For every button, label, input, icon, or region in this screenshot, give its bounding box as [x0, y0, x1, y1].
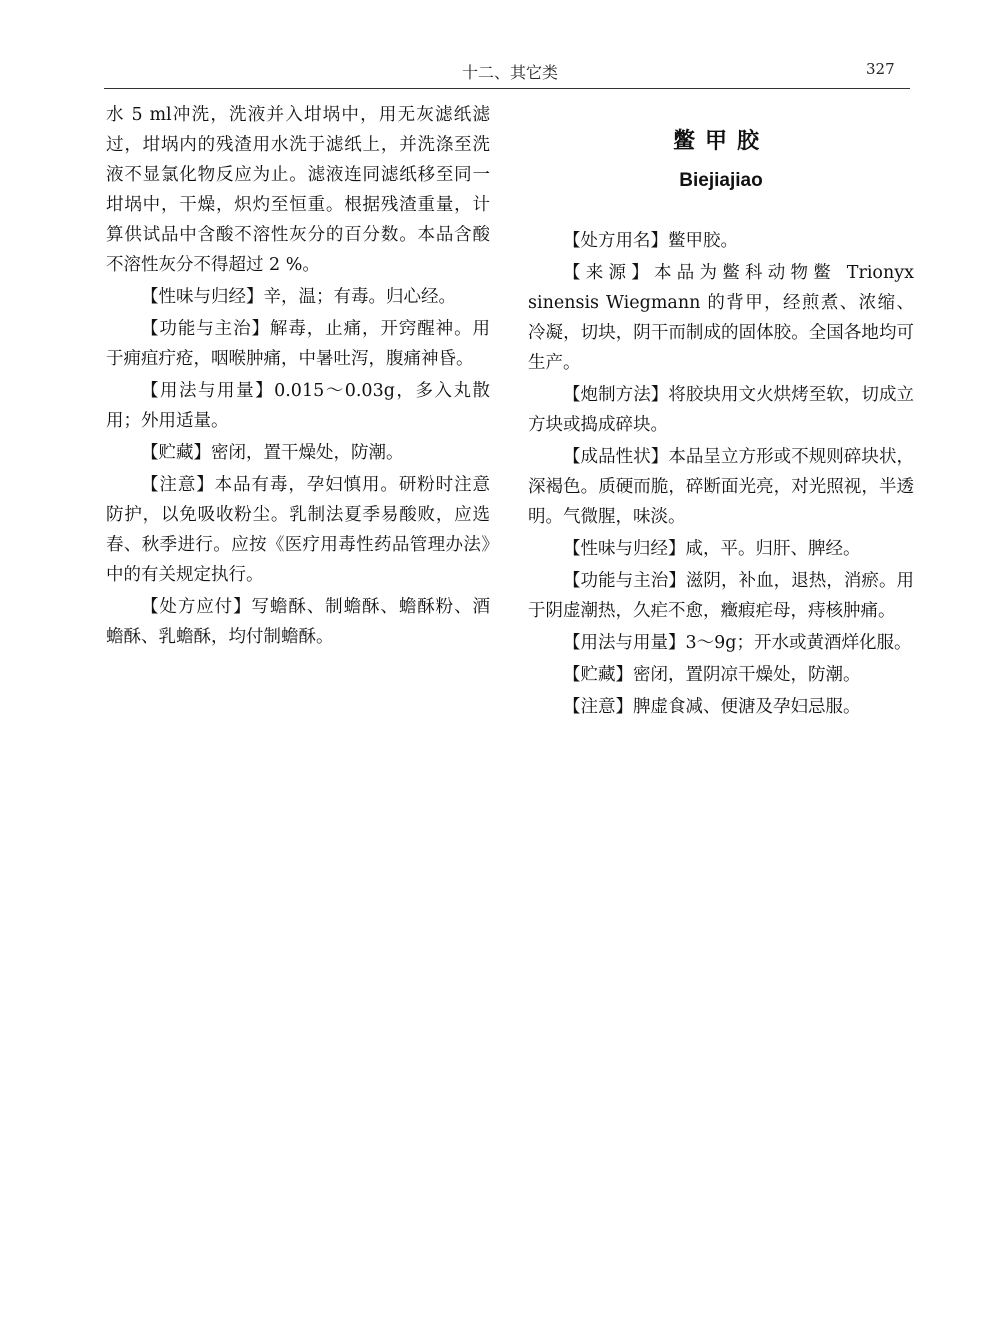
section-paragraph: 【炮制方法】将胶块用文火烘烤至软，切成立方块或捣成碎块。: [528, 380, 914, 440]
page-number: 327: [866, 60, 895, 78]
entry-title: 鳖甲胶: [528, 124, 914, 155]
section-label: 【炮制方法】: [563, 385, 668, 405]
section-label: 【注意】: [563, 697, 633, 717]
section-label: 【功能与主治】: [563, 571, 686, 591]
section-label: 【性味与归经】: [141, 287, 264, 307]
section-paragraph: 【功能与主治】滋阴，补血，退热，消瘀。用于阴虚潮热，久疟不愈，癥瘕疟母，痔核肿痛…: [528, 566, 914, 626]
section-paragraph: 【注意】脾虚食减、便溏及孕妇忌服。: [528, 692, 914, 722]
section-paragraph: 【用法与用量】0.015～0.03g，多入丸散用；外用适量。: [106, 376, 490, 436]
left-column: 水 5 ml冲洗，洗液并入坩埚中，用无灰滤纸滤过，坩埚内的残渣用水洗于滤纸上，并…: [106, 100, 490, 654]
section-label: 【用法与用量】: [563, 633, 686, 653]
section-label: 【处方应付】: [141, 597, 252, 617]
section-paragraph: 【处方应付】写蟾酥、制蟾酥、蟾酥粉、酒蟾酥、乳蟾酥，均付制蟾酥。: [106, 592, 490, 652]
section-paragraph: 【来源】本品为鳖科动物鳖 Trionyx sinensis Wiegmann 的…: [528, 258, 914, 378]
section-label: 【来源】: [563, 263, 654, 283]
section-text: 密闭，置干燥处，防潮。: [211, 443, 404, 463]
section-paragraph: 【功能与主治】解毒，止痛，开窍醒神。用于痈疽疔疮，咽喉肿痛，中暑吐泻，腹痛神昏。: [106, 314, 490, 374]
section-paragraph: 【性味与归经】咸，平。归肝、脾经。: [528, 534, 914, 564]
entry-pinyin: Biejiajiao: [528, 170, 914, 192]
section-text: 咸，平。归肝、脾经。: [686, 539, 861, 559]
section-paragraph: 【用法与用量】3～9g；开水或黄酒烊化服。: [528, 628, 914, 658]
section-label: 【功能与主治】: [141, 319, 270, 339]
section-text: 鳖甲胶。: [668, 231, 738, 251]
section-paragraph: 【成品性状】本品呈立方形或不规则碎块状，深褐色。质硬而脆，碎断面光亮，对光照视，…: [528, 442, 914, 532]
section-text: 3～9g；开水或黄酒烊化服。: [686, 633, 912, 653]
header-rule: [104, 88, 910, 89]
section-paragraph: 【注意】本品有毒，孕妇慎用。研粉时注意防护，以免吸收粉尘。乳制法夏季易酸败，应选…: [106, 470, 490, 590]
section-label: 【用法与用量】: [141, 381, 274, 401]
right-column: 【处方用名】鳖甲胶。 【来源】本品为鳖科动物鳖 Trionyx sinensis…: [528, 226, 914, 724]
continuation-paragraph: 水 5 ml冲洗，洗液并入坩埚中，用无灰滤纸滤过，坩埚内的残渣用水洗于滤纸上，并…: [106, 100, 490, 280]
section-paragraph: 【贮藏】密闭，置干燥处，防潮。: [106, 438, 490, 468]
section-label: 【贮藏】: [563, 665, 633, 685]
section-label: 【处方用名】: [563, 231, 668, 251]
section-paragraph: 【贮藏】密闭，置阴凉干燥处，防潮。: [528, 660, 914, 690]
section-label: 【成品性状】: [563, 447, 668, 467]
section-label: 【性味与归经】: [563, 539, 686, 559]
section-label: 【贮藏】: [141, 443, 211, 463]
section-title: 十二、其它类: [440, 60, 580, 83]
section-text: 脾虚食减、便溏及孕妇忌服。: [633, 697, 861, 717]
section-text: 辛，温；有毒。归心经。: [264, 287, 457, 307]
section-text: 密闭，置阴凉干燥处，防潮。: [633, 665, 861, 685]
section-label: 【注意】: [141, 475, 215, 495]
section-paragraph: 【性味与归经】辛，温；有毒。归心经。: [106, 282, 490, 312]
section-paragraph: 【处方用名】鳖甲胶。: [528, 226, 914, 256]
